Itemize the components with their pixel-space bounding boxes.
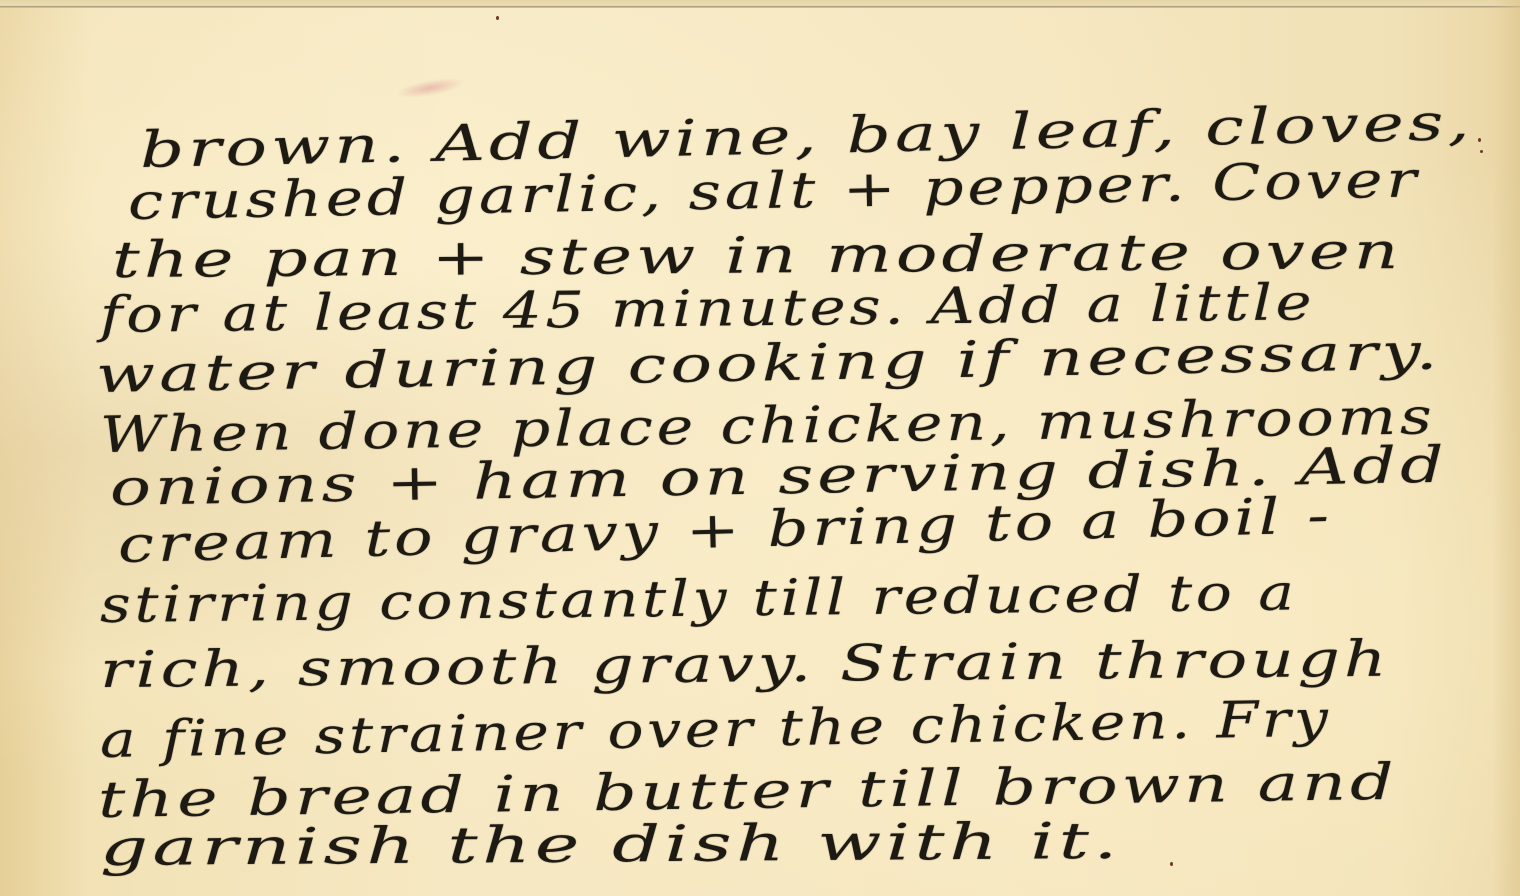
recipe-card: brown. Add wine, bay leaf, cloves, crush… (0, 0, 1520, 896)
handwritten-text: brown. Add wine, bay leaf, cloves, crush… (0, 0, 1520, 896)
text-line: stirring constantly till reduced to a (100, 562, 1298, 635)
text-line: garnish the dish with it. (100, 811, 1122, 878)
text-line: rich, smooth gravy. Strain through (100, 629, 1391, 700)
